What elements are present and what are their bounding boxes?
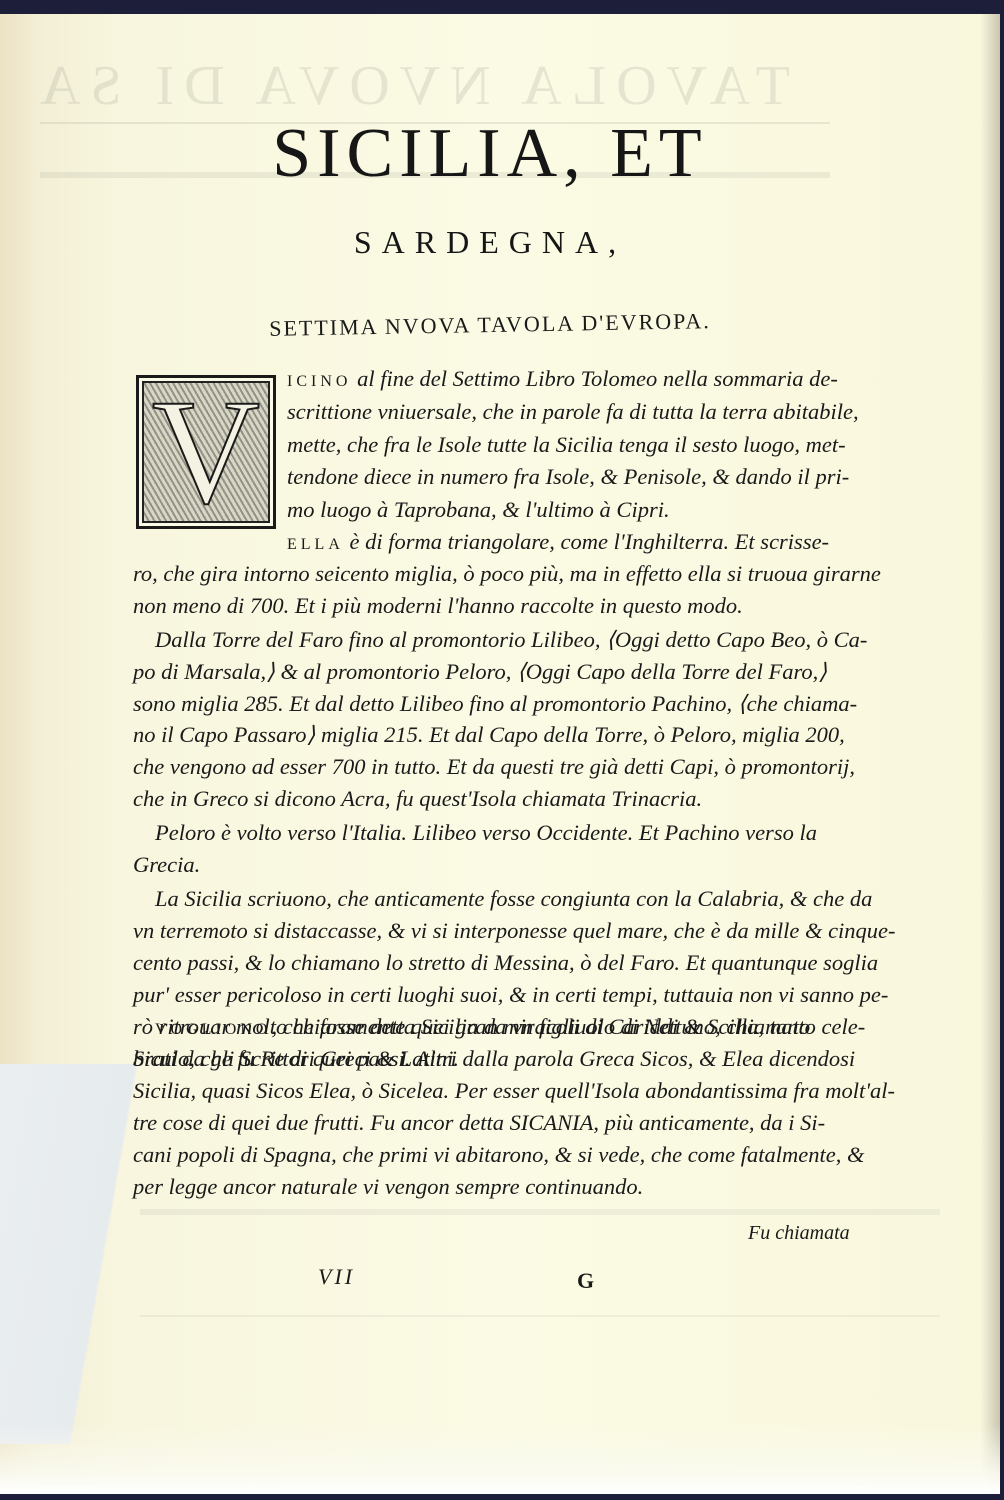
signature-mark: G [577,1268,594,1294]
line-text: , che fosse detta Sicilia da vn figliuol… [271,1014,810,1039]
line-text: che in Greco si dicono Acra, fu quest'Is… [133,786,702,811]
bleed-through-text: TAVOLA NVOVA DI SA [30,54,790,118]
line-text: mette, che fra le Isole tutte la Sicilia… [287,432,846,457]
line-text: tre cose di quei due frutti. Fu ancor de… [133,1110,825,1135]
text-line: ICINO al fine del Settimo Libro Tolomeo … [287,366,838,392]
line-text: mo luogo à Taprobana, & l'ultimo à Cipri… [287,497,670,522]
line-text: per legge ancor naturale vi vengon sempr… [133,1174,643,1199]
line-text: ro, che gira intorno seicento miglia, ò … [133,561,881,586]
text-line: VOGLIONO, che fosse detta Sicilia da vn … [155,1014,810,1040]
small-caps-lead: ICINO [287,373,351,390]
woodcut-drop-cap: V [136,375,276,529]
text-line: Dalla Torre del Faro fino al promontorio… [155,627,867,653]
line-text: pur' esser pericoloso in certi luoghi su… [133,982,888,1007]
text-line: Grecia. [133,852,200,878]
line-text: vn terremoto si distaccasse, & vi si int… [133,918,896,943]
text-line: Sicilia, quasi Sicos Elea, ò Sicelea. Pe… [133,1078,895,1104]
text-line: po di Marsala,⟩ & al promontorio Peloro,… [133,659,827,685]
text-line: ro, che gira intorno seicento miglia, ò … [133,561,881,587]
line-text: al fine del Settimo Libro Tolomeo nella … [351,366,837,391]
line-text: che vengono ad esser 700 in tutto. Et da… [133,754,855,779]
text-line: che vengono ad esser 700 in tutto. Et da… [133,754,855,780]
line-text: tendone diece in numero fra Isole, & Pen… [287,464,849,489]
folio-number: VII [318,1264,355,1290]
text-line: che in Greco si dicono Acra, fu quest'Is… [133,786,702,812]
line-text: no il Capo Passaro⟩ miglia 215. Et dal C… [133,722,845,747]
line-text: cani popoli di Spagna, che primi vi abit… [133,1142,865,1167]
line-text: Grecia. [133,852,200,877]
text-line: per legge ancor naturale vi vengon sempr… [133,1174,643,1200]
line-text: cento passi, & lo chiamano lo stretto di… [133,950,878,975]
text-line: scrittione vniuersale, che in parole fa … [287,399,859,425]
line-text: Sicilia, quasi Sicos Elea, ò Sicelea. Pe… [133,1078,895,1103]
text-line: non meno di 700. Et i più moderni l'hann… [133,593,743,619]
line-text: non meno di 700. Et i più moderni l'hann… [133,593,743,618]
page-title: SICILIA, ET [230,114,750,194]
catchword: Fu chiamata [748,1222,850,1245]
text-line: tendone diece in numero fra Isole, & Pen… [287,464,849,490]
line-text: Peloro è volto verso l'Italia. Lilibeo v… [155,820,817,845]
line-text: scrittione vniuersale, che in parole fa … [287,399,859,424]
small-caps-lead: VOGLIONO [155,1021,271,1038]
text-line: cento passi, & lo chiamano lo stretto di… [133,950,878,976]
line-text: è di forma triangolare, come l'Inghilter… [344,529,829,554]
text-line: no il Capo Passaro⟩ miglia 215. Et dal C… [133,722,845,748]
small-caps-lead: ELLA [287,536,344,553]
drop-cap-letter: V [139,375,273,529]
text-line: pur' esser pericoloso in certi luoghi su… [133,982,888,1008]
text-line: mo luogo à Taprobana, & l'ultimo à Cipri… [287,497,670,523]
line-text: sono miglia 285. Et dal detto Lilibeo fi… [133,691,857,716]
line-text: Dalla Torre del Faro fino al promontorio… [155,627,867,652]
text-line: cani popoli di Spagna, che primi vi abit… [133,1142,865,1168]
text-line: Siculo, che fu Re di quei paesi. Altri d… [133,1046,855,1072]
text-line: sono miglia 285. Et dal detto Lilibeo fi… [133,691,857,717]
line-text: La Sicilia scriuono, che anticamente fos… [155,886,872,911]
text-line: ELLA è di forma triangolare, come l'Ingh… [287,529,829,555]
book-page: TAVOLA NVOVA DI SA SICILIA, ET SARDEGNA,… [0,14,1000,1494]
text-line: vn terremoto si distaccasse, & vi si int… [133,918,896,944]
section-heading: SETTIMA NVOVA TAVOLA D'EVROPA. [180,307,800,344]
text-line: Peloro è volto verso l'Italia. Lilibeo v… [155,820,817,846]
line-text: po di Marsala,⟩ & al promontorio Peloro,… [133,659,827,684]
text-line: mette, che fra le Isole tutte la Sicilia… [287,432,846,458]
text-line: tre cose di quei due frutti. Fu ancor de… [133,1110,825,1136]
page-subtitle: SARDEGNA, [300,224,680,261]
line-text: Siculo, che fu Re di quei paesi. Altri d… [133,1046,855,1071]
text-line: La Sicilia scriuono, che anticamente fos… [155,886,872,912]
